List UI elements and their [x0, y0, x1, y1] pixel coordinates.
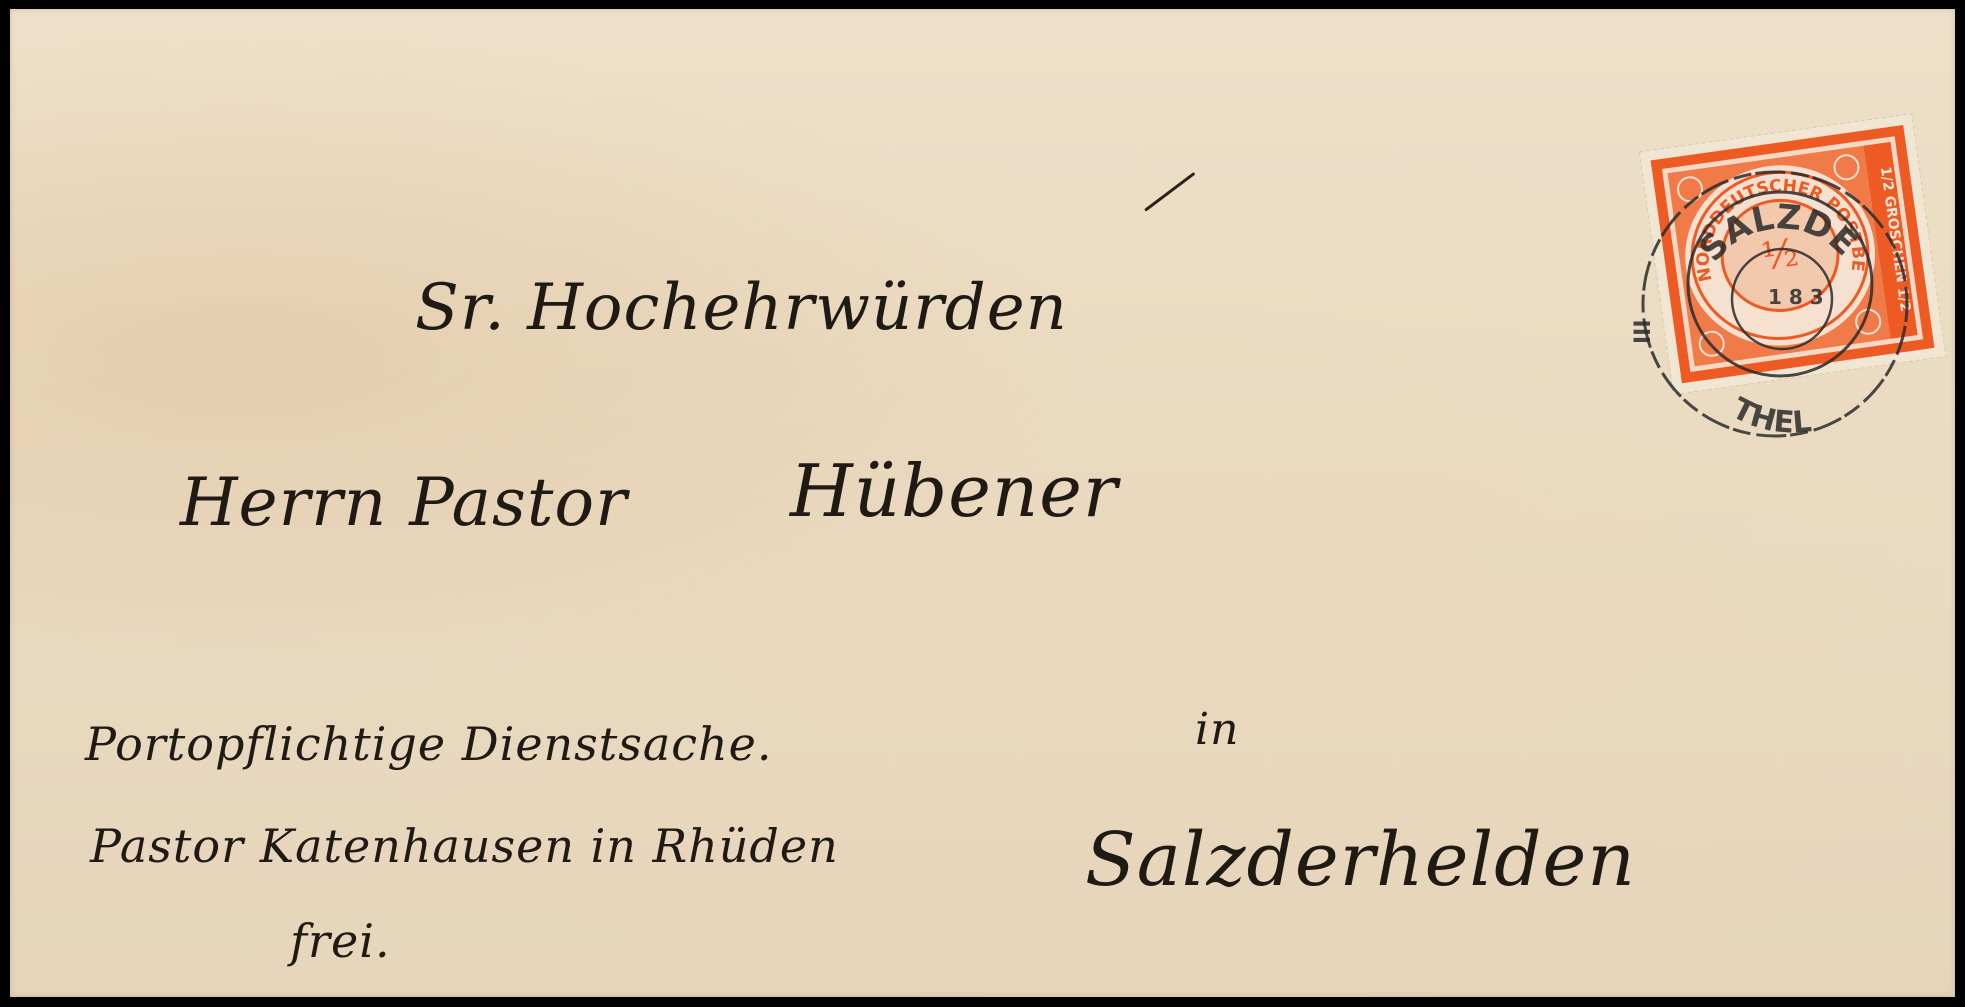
sender-note-line2: Pastor Katenhausen in Rhüden [90, 819, 839, 873]
envelope-cover: Sr. Hochehrwürden Herrn Pastor Hübener P… [10, 9, 1955, 997]
sender-note-line3: frei. [290, 914, 391, 968]
sender-note-line1: Portopflichtige Dienstsache. [85, 717, 773, 771]
postmark-lower-text: THEL [1727, 391, 1814, 441]
recipient-name-text: Hübener [790, 449, 1118, 533]
stamp-body: 1/2 GROSCHEN 1/2 NORDDEUTSCHER POSTBEZIR… [1620, 104, 1946, 400]
svg-text:III: III [1631, 319, 1656, 344]
salutation-text: Sr. Hochehrwürden [415, 271, 1068, 345]
pen-stroke-mark [1144, 172, 1195, 212]
postage-stamp: 1/2 GROSCHEN 1/2 NORDDEUTSCHER POSTBEZIR… [1620, 104, 1950, 464]
destination-place-text: Salzderhelden [1085, 817, 1636, 903]
preposition-text: in [1195, 704, 1239, 755]
postmark-date: 1 8 3 [1768, 285, 1824, 309]
title-line-text: Herrn Pastor [180, 464, 628, 541]
